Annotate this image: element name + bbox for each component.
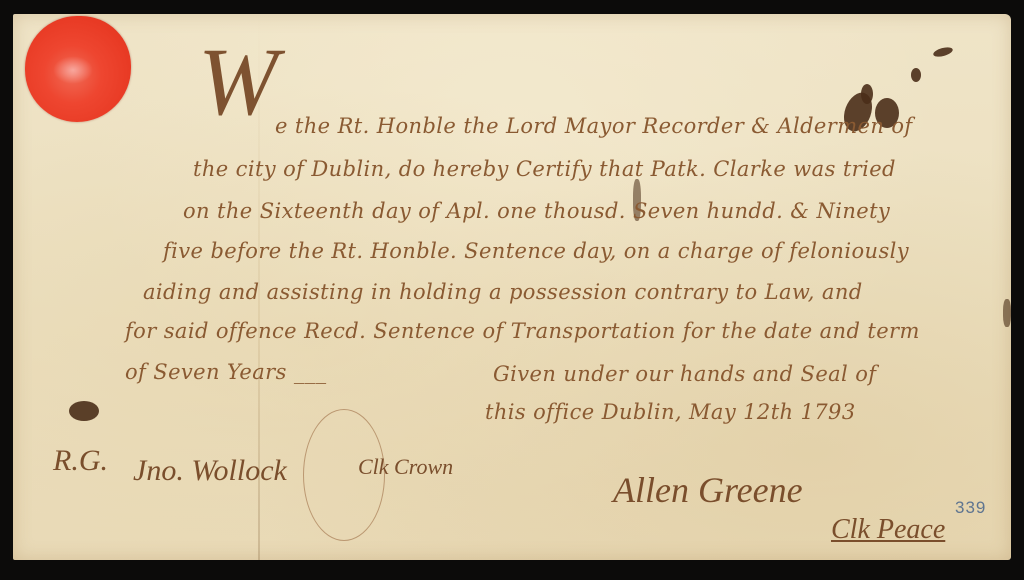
red-wax-seal <box>25 16 131 122</box>
decorative-initial-w: W <box>198 34 278 130</box>
given-line-1: Given under our hands and Seal of <box>493 362 876 386</box>
signature-crown-clerk-title: Clk Crown <box>358 454 453 480</box>
body-line-6: for said offence Recd. Sentence of Trans… <box>125 319 920 343</box>
body-line-1: e the Rt. Honble the Lord Mayor Recorder… <box>275 114 913 138</box>
signature-crown-clerk: Jno. Wollock <box>133 454 287 488</box>
ink-smudge <box>1003 299 1011 327</box>
signature-peace-clerk: Allen Greene <box>613 469 803 511</box>
ink-blot <box>911 68 921 82</box>
signature-initials-left: R.G. <box>53 444 108 478</box>
ink-blot <box>932 46 953 59</box>
signature-peace-clerk-title: Clk Peace <box>831 514 945 546</box>
body-line-2: the city of Dublin, do hereby Certify th… <box>193 157 896 181</box>
document-paper: W e the Rt. Honble the Lord Mayor Record… <box>13 14 1011 560</box>
ink-blot <box>861 84 873 104</box>
body-line-4: five before the Rt. Honble. Sentence day… <box>163 239 909 263</box>
catalog-number: 339 <box>955 498 986 518</box>
body-line-7: of Seven Years ___ <box>125 360 327 384</box>
body-line-3: on the Sixteenth day of Apl. one thousd.… <box>183 199 890 223</box>
body-line-5: aiding and assisting in holding a posses… <box>143 280 863 304</box>
ink-blot <box>69 401 99 421</box>
given-line-2: this office Dublin, May 12th 1793 <box>485 400 856 424</box>
